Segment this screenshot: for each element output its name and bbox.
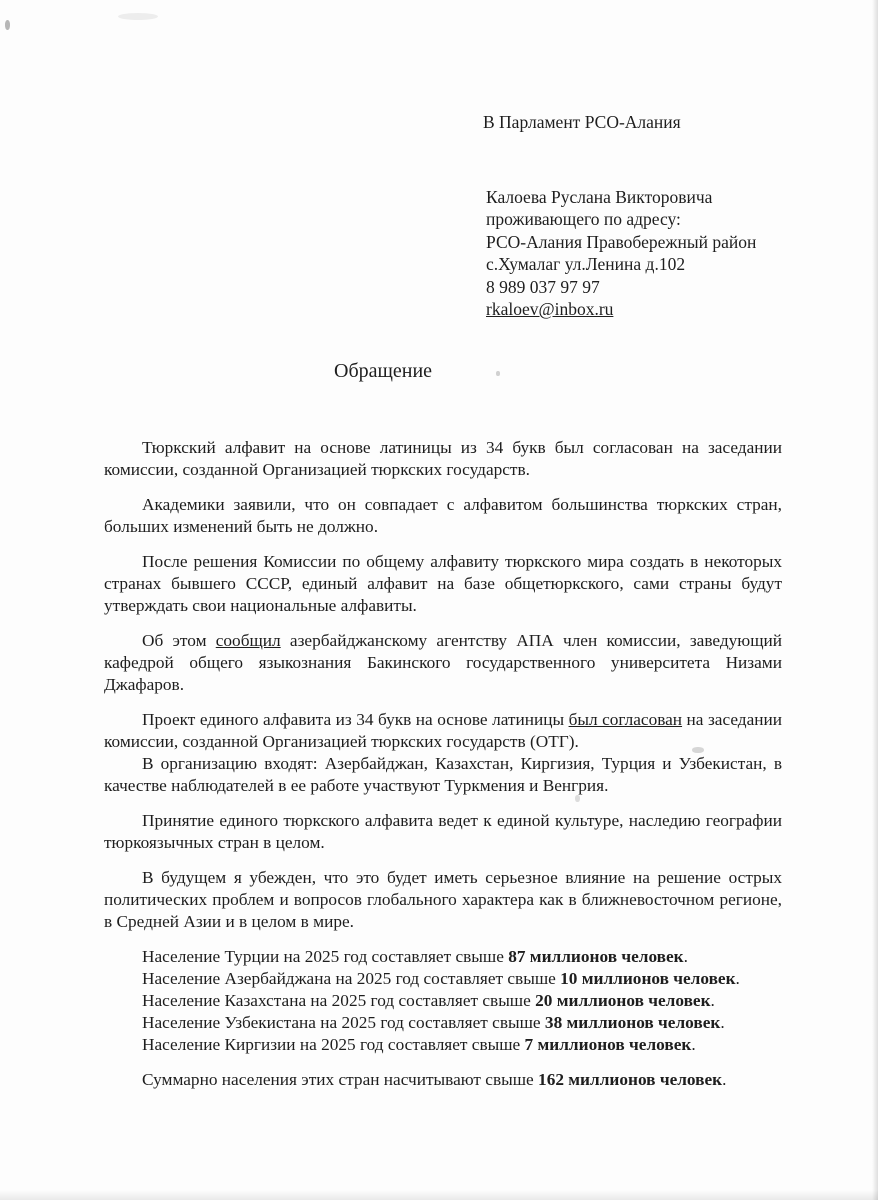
underlined-phrase-byl-soglasovan: был согласован xyxy=(569,710,683,729)
scan-artifact xyxy=(5,20,10,30)
summary-period: . xyxy=(722,1070,726,1089)
paragraph-unified-culture: Принятие единого тюркского алфавита веде… xyxy=(104,810,782,854)
underlined-word-soobshchil: сообщил xyxy=(216,631,281,650)
sender-name: Калоева Руслана Викторовича xyxy=(486,186,756,208)
population-period: . xyxy=(684,947,688,966)
scan-artifact xyxy=(496,371,500,376)
sender-block: Калоева Руслана Викторовича проживающего… xyxy=(486,186,756,320)
population-item-azerbaijan: Население Азербайджана на 2025 год соста… xyxy=(104,968,782,990)
population-text: Население Азербайджана на 2025 год соста… xyxy=(142,969,560,988)
population-summary-line: Суммарно населения этих стран насчитываю… xyxy=(104,1069,782,1091)
population-text: Население Узбекистана на 2025 год состав… xyxy=(142,1013,545,1032)
paragraph-turkic-alphabet: Тюркский алфавит на основе латиницы из 3… xyxy=(104,437,782,481)
paragraph-commission-decision: После решения Комиссии по общему алфавит… xyxy=(104,551,782,617)
paragraph-apa-report-start: Об этом xyxy=(142,631,216,650)
population-item-kyrgyzstan: Население Киргизии на 2025 год составляе… xyxy=(104,1034,782,1056)
paragraph-draft-alphabet: Проект единого алфавита из 34 букв на ос… xyxy=(104,709,782,753)
population-value: 20 миллионов человек xyxy=(535,991,710,1010)
population-text: Население Турции на 2025 год составляет … xyxy=(142,947,508,966)
recipient-line: В Парламент РСО-Алания xyxy=(483,112,681,133)
population-value: 38 миллионов человек xyxy=(545,1013,720,1032)
population-period: . xyxy=(720,1013,724,1032)
paragraph-academics: Академики заявили, что он совпадает с ал… xyxy=(104,494,782,538)
sender-address-intro: проживающего по адресу: xyxy=(486,208,756,230)
paragraph-future-influence: В будущем я убежден, что это будет иметь… xyxy=(104,867,782,933)
paragraph-draft-alphabet-start: Проект единого алфавита из 34 букв на ос… xyxy=(142,710,569,729)
population-period: . xyxy=(711,991,715,1010)
population-value: 7 миллионов человек xyxy=(525,1035,692,1054)
sender-address-street: с.Хумалаг ул.Ленина д.102 xyxy=(486,253,756,275)
population-period: . xyxy=(691,1035,695,1054)
sender-email: rkaloev@inbox.ru xyxy=(486,298,756,320)
sender-phone: 8 989 037 97 97 xyxy=(486,276,756,298)
document-body: Тюркский алфавит на основе латиницы из 3… xyxy=(104,437,782,1104)
summary-text: Суммарно населения этих стран насчитываю… xyxy=(142,1070,538,1089)
scan-edge-shadow-right xyxy=(872,0,878,1200)
paragraph-organization-members: В организацию входят: Азербайджан, Казах… xyxy=(104,753,782,797)
population-item-uzbekistan: Население Узбекистана на 2025 год состав… xyxy=(104,1012,782,1034)
sender-address-region: РСО-Алания Правобережный район xyxy=(486,231,756,253)
population-period: . xyxy=(736,969,740,988)
population-value: 10 миллионов человек xyxy=(560,969,735,988)
population-text: Население Киргизии на 2025 год составляе… xyxy=(142,1035,525,1054)
population-item-turkey: Население Турции на 2025 год составляет … xyxy=(104,946,782,968)
population-value: 87 миллионов человек xyxy=(508,947,683,966)
document-title: Обращение xyxy=(334,360,432,383)
population-text: Население Казахстана на 2025 год составл… xyxy=(142,991,535,1010)
scanned-document-page: В Парламент РСО-Алания Калоева Руслана В… xyxy=(0,0,878,1200)
population-list: Население Турции на 2025 год составляет … xyxy=(104,946,782,1056)
scan-edge-shadow-bottom xyxy=(0,1190,878,1200)
paragraph-apa-report: Об этом сообщил азербайджанскому агентст… xyxy=(104,630,782,696)
scan-artifact xyxy=(118,13,158,20)
population-item-kazakhstan: Население Казахстана на 2025 год составл… xyxy=(104,990,782,1012)
summary-value: 162 миллионов человек xyxy=(538,1070,722,1089)
